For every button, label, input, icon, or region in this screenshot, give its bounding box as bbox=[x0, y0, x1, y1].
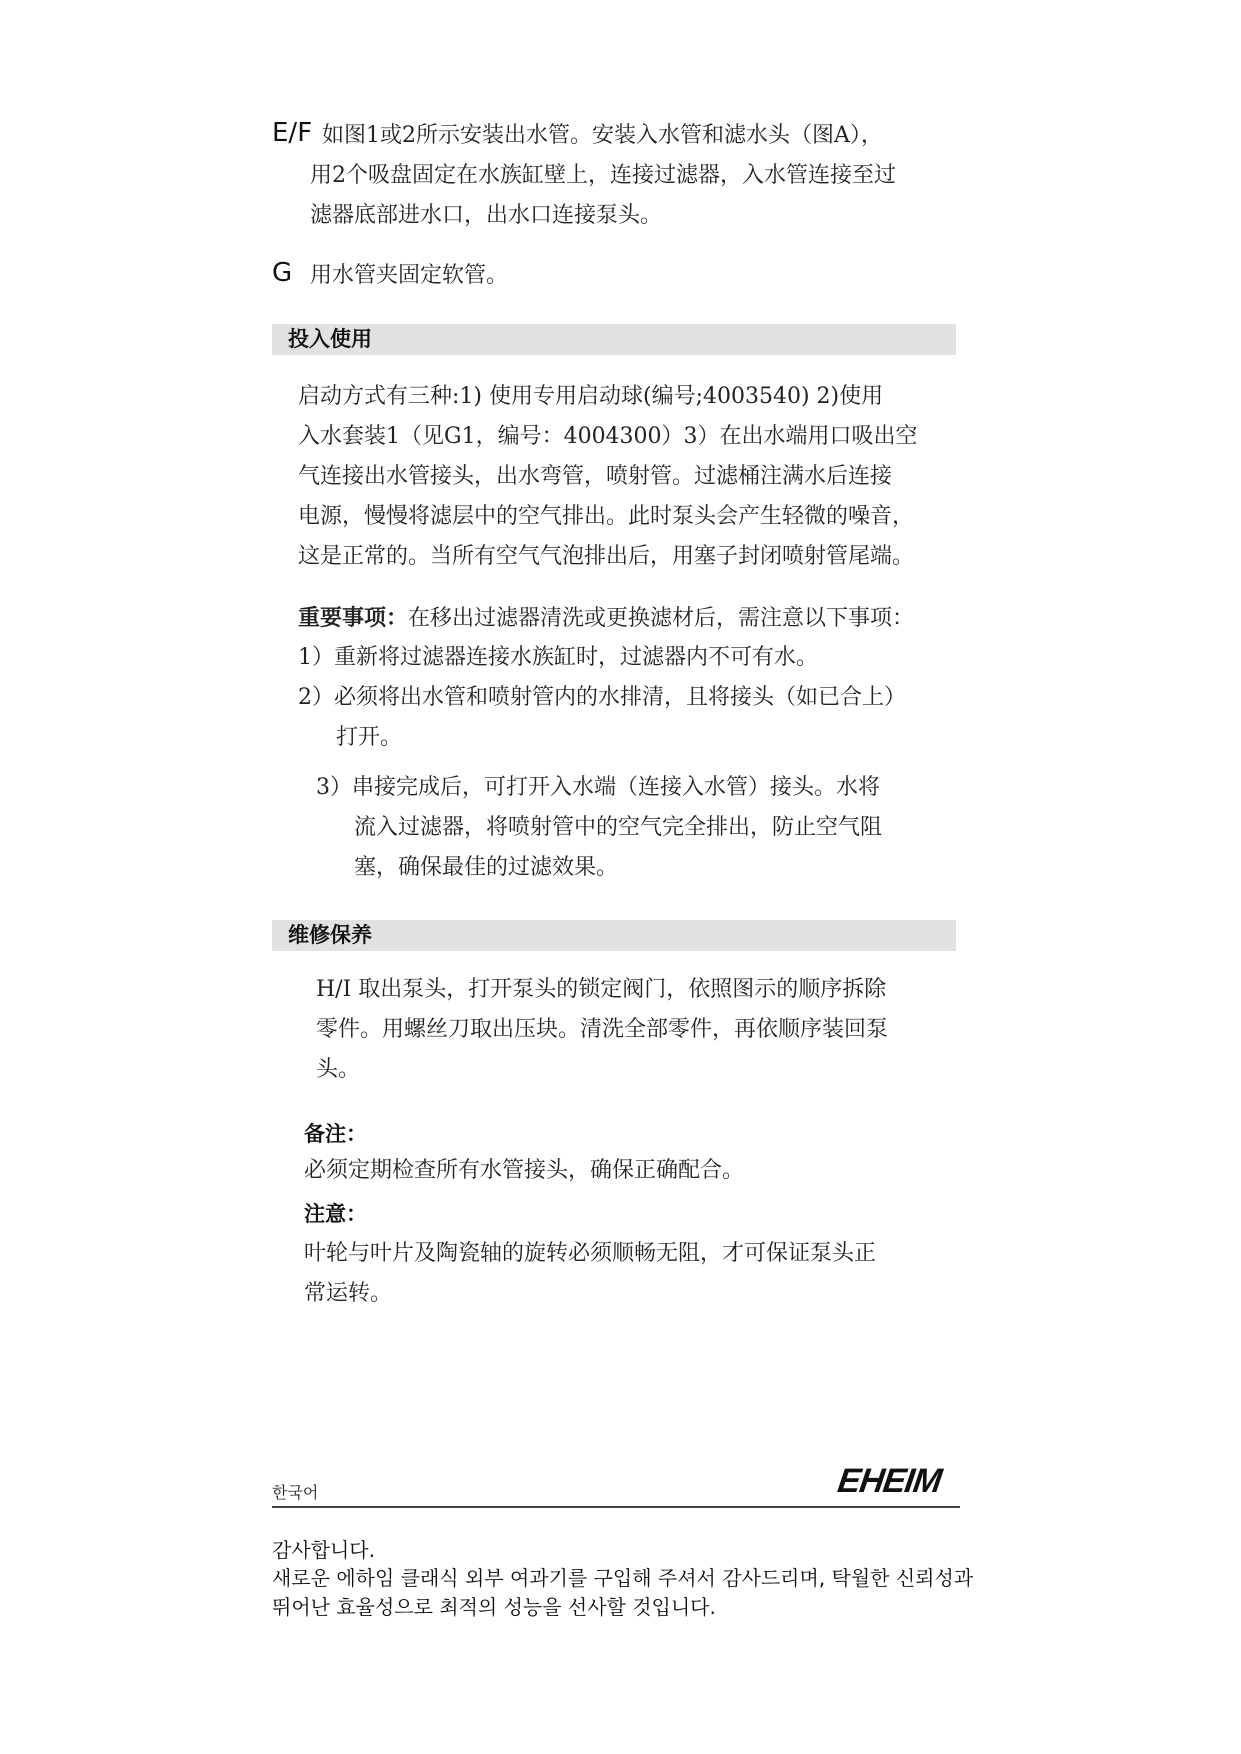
maintenance-hi-line-3: 头。 bbox=[316, 1050, 360, 1090]
maintenance-hi-line-1: H/I 取出泵头，打开泵头的锁定阀门，依照图示的顺序拆除 bbox=[316, 970, 886, 1010]
important-item-3-cont-1: 流入过滤器，将喷射管中的空气完全排出，防止空气阻 bbox=[354, 808, 882, 848]
section-title-startup: 投入使用 bbox=[288, 324, 372, 355]
important-item-1: 1）重新将过滤器连接水族缸时，过滤器内不可有水。 bbox=[298, 638, 818, 678]
footer-divider bbox=[272, 1506, 960, 1508]
caution-line-1: 叶轮与叶片及陶瓷轴的旋转必须顺畅无阻，才可保证泵头正 bbox=[304, 1234, 876, 1274]
maintenance-hi-line-2: 零件。用螺丝刀取出压块。清洗全部零件，再依顺序装回泵 bbox=[316, 1010, 888, 1050]
item-number: 2） bbox=[298, 685, 334, 710]
item-text: 串接完成后，可打开入水端（连接入水管）接头。水将 bbox=[352, 775, 880, 800]
startup-paragraph-line-3: 气连接出水管接头，出水弯管，喷射管。过滤桶注满水后连接 bbox=[298, 457, 892, 497]
important-item-2-cont: 打开。 bbox=[336, 718, 402, 758]
maintenance-hi-text: 取出泵头，打开泵头的锁定阀门，依照图示的顺序拆除 bbox=[358, 977, 886, 1002]
startup-paragraph-line-4: 电源，慢慢将滤层中的空气排出。此时泵头会产生轻微的噪音， bbox=[298, 497, 914, 537]
important-item-3: 3）串接完成后，可打开入水端（连接入水管）接头。水将 bbox=[316, 768, 880, 808]
document-page: E/F 如图1或2所示安装出水管。安装入水管和滤水头（图A）， 用2个吸盘固定在… bbox=[0, 0, 1241, 1754]
remark-text: 必须定期检查所有水管接头，确保正确配合。 bbox=[304, 1151, 744, 1191]
section-header-startup: 投入使用 bbox=[272, 324, 956, 355]
section-title-maintenance: 维修保养 bbox=[288, 920, 372, 951]
startup-paragraph-line-5: 这是正常的。当所有空气气泡排出后，用塞子封闭喷射管尾端。 bbox=[298, 537, 914, 577]
important-label: 重要事项： bbox=[298, 605, 408, 631]
important-intro: 在移出过滤器清洗或更换滤材后，需注意以下事项： bbox=[408, 606, 914, 631]
step-g-text: 用水管夹固定软管。 bbox=[310, 256, 508, 296]
step-label-hi: H/I bbox=[316, 977, 351, 1002]
korean-line-2: 뛰어난 효율성으로 최적의 성능을 선사할 것입니다. bbox=[272, 1593, 716, 1622]
important-notice: 重要事项：在移出过滤器清洗或更换滤材后，需注意以下事项： bbox=[298, 598, 914, 639]
startup-paragraph-line-2: 入水套装1（见G1，编号：4004300）3）在出水端用口吸出空 bbox=[298, 417, 918, 457]
step-label-g: G bbox=[272, 258, 292, 288]
step-label-ef: E/F bbox=[272, 118, 312, 148]
caution-line-2: 常运转。 bbox=[304, 1274, 392, 1314]
step-ef-line-1: 如图1或2所示安装出水管。安装入水管和滤水头（图A）， bbox=[322, 116, 883, 156]
step-ef-line-3: 滤器底部进水口，出水口连接泵头。 bbox=[310, 196, 662, 236]
korean-heading: 감사합니다. bbox=[272, 1536, 375, 1565]
remark-title: 备注： bbox=[304, 1118, 367, 1148]
footer-language: 한국어 bbox=[272, 1480, 318, 1503]
item-number: 3） bbox=[316, 775, 352, 800]
important-item-2: 2）必须将出水管和喷射管内的水排清，且将接头（如已合上） bbox=[298, 678, 906, 718]
item-text: 必须将出水管和喷射管内的水排清，且将接头（如已合上） bbox=[334, 685, 906, 710]
item-number: 1） bbox=[298, 645, 334, 670]
step-ef-line-2: 用2个吸盘固定在水族缸壁上，连接过滤器，入水管连接至过 bbox=[310, 156, 896, 196]
section-header-maintenance: 维修保养 bbox=[272, 920, 956, 951]
korean-line-1: 새로운 에하임 클래식 외부 여과기를 구입해 주셔서 감사드리며, 탁월한 신… bbox=[272, 1564, 973, 1593]
startup-paragraph-line-1: 启动方式有三种:1) 使用专用启动球(编号;4003540) 2)使用 bbox=[298, 377, 883, 417]
item-text: 重新将过滤器连接水族缸时，过滤器内不可有水。 bbox=[334, 645, 818, 670]
important-item-3-cont-2: 塞，确保最佳的过滤效果。 bbox=[354, 848, 618, 888]
caution-title: 注意： bbox=[304, 1198, 367, 1228]
eheim-logo: EHEIM bbox=[835, 1462, 943, 1501]
